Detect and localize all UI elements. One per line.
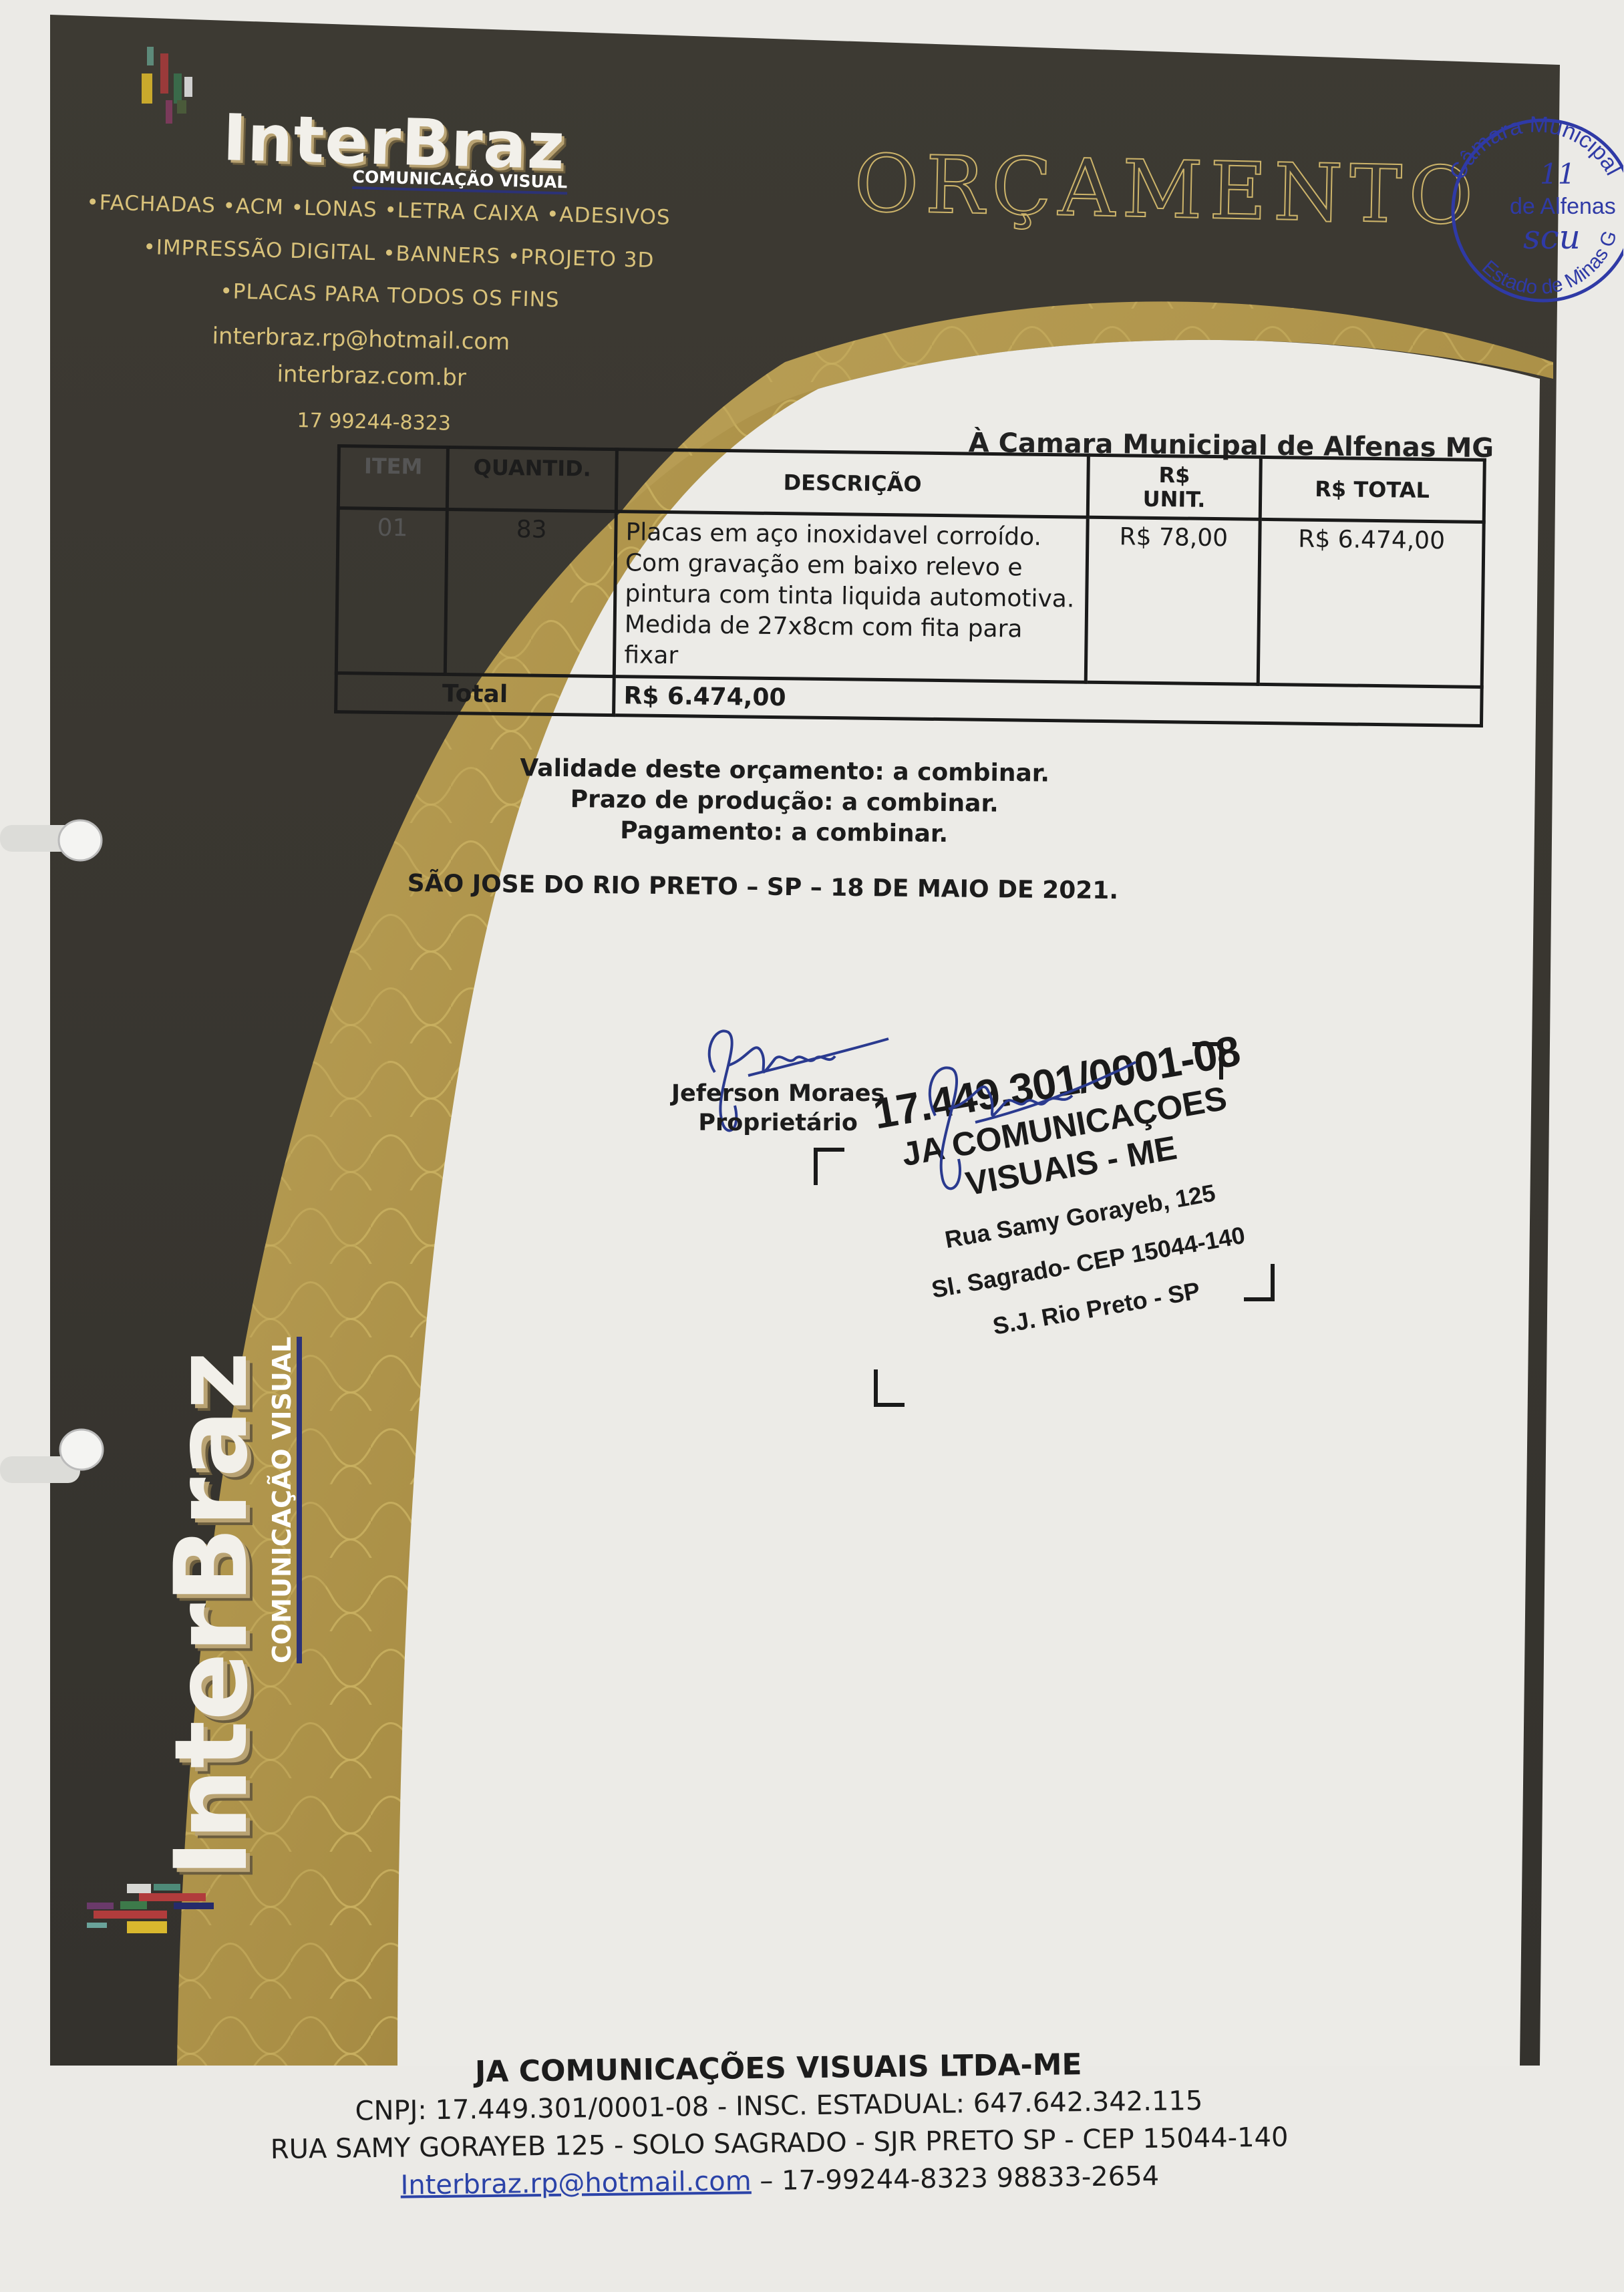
document-title-outline: ORÇAMENTO [853, 137, 1480, 242]
binder-rings [0, 788, 114, 1510]
document-page: InterBraz COMUNICAÇÃO VISUAL •FACHADAS •… [0, 0, 1624, 2292]
header-description: DESCRIÇÃO [616, 450, 1088, 518]
municipal-stamp: Câmara Municipal de Alfenas Estado de Mi… [1430, 100, 1623, 314]
footer-email-link[interactable]: Interbraz.rp@hotmail.com [400, 2166, 752, 2200]
description-line: Medida de 27x8cm com fita para fixar [624, 609, 1077, 676]
stamp-corner [814, 1148, 844, 1185]
terms-block: Validade deste orçamento: a combinar. Pr… [373, 752, 1196, 852]
cell-unit-price: R$ 78,00 [1086, 517, 1260, 684]
cell-quantity: 83 [445, 510, 616, 677]
svg-text:Câmara Municipal: Câmara Municipal [1444, 112, 1623, 184]
cell-total: R$ 6.474,00 [1258, 519, 1484, 687]
header-total: R$ TOTAL [1260, 457, 1485, 522]
header-unit-line2: UNIT. [1092, 486, 1256, 512]
vertical-brand-subtitle: COMUNICAÇÃO VISUAL [267, 1337, 302, 1663]
footer: JA COMUNICAÇÕES VISUAIS LTDA-ME CNPJ: 17… [160, 2042, 1398, 2207]
vertical-brand-logo: InterBraz [154, 1351, 270, 1877]
stamp-text-top: Câmara Municipal [1444, 112, 1623, 184]
stamp-corner [1192, 1042, 1223, 1080]
logo-mark-icon [87, 1884, 220, 1944]
stamp-corner [874, 1369, 905, 1407]
signature-mark [895, 1042, 1149, 1202]
stamp-corner [1244, 1264, 1275, 1301]
description-line: Com gravação em baixo relevo e [625, 548, 1078, 584]
header-unit-line1: R$ [1093, 462, 1257, 488]
total-label: Total [336, 673, 615, 715]
header-unit-price: R$ UNIT. [1088, 455, 1261, 519]
stamp-handwritten-number: 11 [1540, 158, 1575, 190]
cell-item: 01 [336, 508, 447, 675]
logo-mark-icon [140, 40, 220, 127]
quote-table: ITEM QUANTID. DESCRIÇÃO R$ UNIT. R$ TOTA… [334, 444, 1486, 727]
header-quantity: QUANTID. [447, 448, 617, 512]
letterhead-phone: 17 99244-8323 [297, 409, 451, 436]
footer-phones: – 17-99244-8323 98833-2654 [751, 2161, 1159, 2196]
stamp-initials: scu [1523, 218, 1581, 257]
header-item: ITEM [338, 446, 448, 510]
stamp-text-mid: de Alfenas [1510, 194, 1616, 219]
description-line: pintura com tinta liquida automotiva. [625, 579, 1078, 615]
cell-description: Placas em aço inoxidavel corroído. Com g… [614, 512, 1088, 683]
letterhead-website: interbraz.com.br [277, 361, 466, 391]
description-line: Placas em aço inoxidavel corroído. [625, 517, 1078, 553]
table-row: 01 83 Placas em aço inoxidavel corroído.… [336, 508, 1484, 687]
